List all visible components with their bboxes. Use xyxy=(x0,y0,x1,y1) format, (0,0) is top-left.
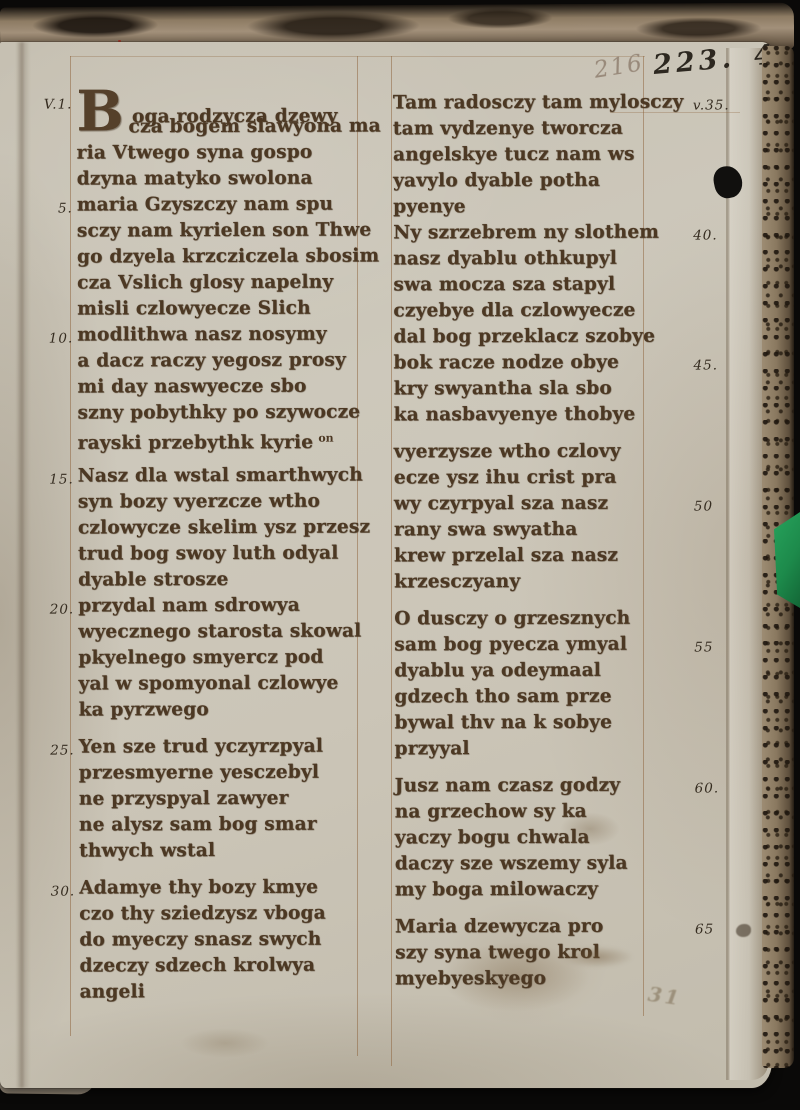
text-line: 20. przydal nam sdrowya xyxy=(78,592,366,619)
line-text: a dacz raczy yegosz prosy xyxy=(77,350,346,372)
line-text: bok racze nodze obye xyxy=(394,352,620,374)
text-line: 40. Ny szrzebrem ny slothem xyxy=(393,220,665,247)
line-text: tam vydzenye tworcza xyxy=(393,118,623,140)
ruling-line xyxy=(391,56,392,1066)
line-text: trud bog swoy luth odyal xyxy=(78,543,338,565)
line-text: ecze ysz ihu crist pra xyxy=(394,467,617,489)
line-text: angeli xyxy=(80,981,145,1002)
text-line: gdzech tho sam prze xyxy=(394,684,666,711)
line-text: my boga milowaczy xyxy=(395,879,598,901)
text-line: do myeczy snasz swych xyxy=(79,926,367,953)
text-line: 30. Adamye thy bozy kmye xyxy=(79,874,367,901)
line-text: czlowycze skelim ysz przesz xyxy=(78,516,370,538)
line-text: myebyeskyego xyxy=(395,968,546,989)
line-text: misli czlowyecze Slich xyxy=(77,298,311,320)
verse-number: V.1. xyxy=(30,92,72,118)
text-line: yal w spomyonal czlowye xyxy=(78,670,366,697)
text-line: syn bozy vyerzcze wtho xyxy=(78,488,366,515)
line-text: dzeczy sdzech krolwya xyxy=(79,955,315,977)
text-line: dzeczy sdzech krolwya xyxy=(79,952,367,979)
line-text: yaczy bogu chwala xyxy=(395,827,590,849)
line-text: pyenye xyxy=(393,196,466,217)
line-text: ka pyrzwego xyxy=(79,699,209,720)
line-text: czyebye dla czlowyecze xyxy=(393,300,635,322)
text-line: ecze ysz ihu crist pra xyxy=(394,465,666,492)
line-text: rayski przebythk kyrie xyxy=(78,432,314,454)
text-line: tam vydzenye tworcza xyxy=(393,116,665,143)
line-text: na grzechow sy ka xyxy=(395,801,587,823)
text-line: vyerzysze wtho czlovy xyxy=(394,439,666,466)
text-line: szny pobythky po szywocze xyxy=(77,399,365,426)
verse-number: 20. xyxy=(32,597,74,623)
line-text: syn bozy vyerzcze wtho xyxy=(78,491,320,513)
verse-number: v.35. xyxy=(693,92,773,118)
line-text: cza bogem slawyona ma xyxy=(128,115,380,137)
line-text: go dzyela krzcziczela sbosim xyxy=(77,245,379,267)
text-line: misli czlowyecze Slich xyxy=(77,295,365,322)
faded-scribble: 31 xyxy=(646,982,683,1010)
stain xyxy=(180,1028,270,1058)
text-line: yavylo dyable potha xyxy=(393,168,665,195)
verse-number: 25. xyxy=(33,738,75,764)
ruling-line xyxy=(70,56,645,57)
line-text: sczy nam kyrielen son Thwe xyxy=(77,219,371,241)
text-line: v.35. Tam radosczy tam mylosczy xyxy=(393,90,665,117)
gutter-crease xyxy=(16,42,30,1088)
text-line: a dacz raczy yegosz prosy xyxy=(77,347,365,374)
text-line: dyablu ya odeymaal xyxy=(394,658,666,685)
line-text: Ny szrzebrem ny slothem xyxy=(393,222,659,244)
line-text: dyablu ya odeymaal xyxy=(394,660,601,682)
text-line: 60. Jusz nam czasz godzy xyxy=(395,773,667,800)
verse-number: 30. xyxy=(33,879,75,905)
text-line: na grzechow sy ka xyxy=(395,799,667,826)
verse-number: 5. xyxy=(31,196,73,222)
line-text: O dusczy o grzesznych xyxy=(394,608,630,630)
line-text: dyable strosze xyxy=(78,569,228,591)
text-line: cza Vslich glosy napelny xyxy=(77,269,365,296)
text-line: bywal thv na k sobye xyxy=(394,710,666,737)
text-line: daczy sze wszemy syla xyxy=(395,851,667,878)
line-text: kry swyantha sla sbo xyxy=(394,378,612,400)
text-line: ka pyrzwego xyxy=(79,696,367,723)
line-text: ka nasbavyenye thobye xyxy=(394,404,636,426)
line-text: bywal thv na k sobye xyxy=(394,712,612,734)
faded-mark xyxy=(736,924,751,937)
text-line: czlowycze skelim ysz przesz xyxy=(78,514,366,541)
line-text: yal w spomyonal czlowye xyxy=(78,673,338,695)
line-text: przydal nam sdrowya xyxy=(78,595,300,617)
text-line: krew przelal sza nasz xyxy=(394,543,666,570)
line-text: dzyna matyko swolona xyxy=(77,168,313,190)
line-text: wy czyrpyal sza nasz xyxy=(394,493,608,515)
text-line: czyebye dla czlowyecze xyxy=(393,298,665,325)
text-line: dal bog przeklacz szobye xyxy=(393,324,665,351)
verse-number: 10. xyxy=(31,326,73,352)
line-text: maria Gzyszczy nam spu xyxy=(77,194,333,216)
text-line: 65 Maria dzewycza pro xyxy=(395,914,667,941)
text-line: 45. bok racze nodze obye xyxy=(394,350,666,377)
text-line: 5. maria Gzyszczy nam spu xyxy=(77,191,365,218)
line-text: swa mocza sza stapyl xyxy=(393,274,615,296)
text-line: angelskye tucz nam ws xyxy=(393,142,665,169)
text-line: O dusczy o grzesznych xyxy=(394,606,666,633)
line-text: angelskye tucz nam ws xyxy=(393,144,635,166)
text-line: ria Vtwego syna gospo xyxy=(77,139,365,166)
text-line: wyecznego starosta skowal xyxy=(78,618,366,645)
text-line: thwych wstal xyxy=(79,837,367,864)
text-line: przesmyerne yesczebyl xyxy=(79,759,367,786)
line-text: szny pobythky po szywocze xyxy=(77,402,360,424)
line-text: czo thy sziedzysz vboga xyxy=(79,903,326,925)
verse-number: 15. xyxy=(32,467,74,493)
line-text: wyecznego starosta skowal xyxy=(78,621,361,643)
line-text: krzesczyany xyxy=(394,571,520,592)
line-text: gdzech tho sam prze xyxy=(394,686,611,708)
line-text: thwych wstal xyxy=(79,840,215,861)
text-line: 25. Yen sze trud yczyrzpyal xyxy=(79,733,367,760)
line-text: ne alysz sam bog smar xyxy=(79,814,317,836)
text-line: ne przyspyal zawyer xyxy=(79,785,367,812)
text-column-right: v.35. Tam radosczy tam mylosczy tam vydz… xyxy=(393,90,667,993)
line-text: nasz dyablu othkupyl xyxy=(393,248,617,270)
text-line: pkyelnego smyercz pod xyxy=(78,644,366,671)
text-line: kry swyantha sla sbo xyxy=(394,376,666,403)
line-text: vyerzysze wtho czlovy xyxy=(394,441,621,463)
line-text: Nasz dla wstal smarthwych xyxy=(78,465,363,487)
text-line: myebyeskyego xyxy=(395,966,667,993)
text-line: V.1. B oga rodzycza dzewy xyxy=(76,88,364,115)
text-line: angeli xyxy=(80,978,368,1005)
line-text: pkyelnego smyercz pod xyxy=(78,647,323,669)
text-line: sczy nam kyrielen son Thwe xyxy=(77,217,365,244)
line-text: Jusz nam czasz godzy xyxy=(395,775,621,797)
line-text: yavylo dyable potha xyxy=(393,170,600,192)
line-text: Adamye thy bozy kmye xyxy=(79,877,318,899)
text-line: dzyna matyko swolona xyxy=(77,165,365,192)
line-text: przesmyerne yesczebyl xyxy=(79,762,319,784)
line-text: daczy sze wszemy syla xyxy=(395,853,628,875)
text-line: mi day naswyecze sbo xyxy=(77,373,365,400)
line-text: modlithwa nasz nosymy xyxy=(77,324,327,346)
text-line: przyyal xyxy=(395,736,667,763)
line-text: sam bog pyecza ymyal xyxy=(394,634,627,656)
text-line: go dzyela krzcziczela sbosim xyxy=(77,243,365,270)
text-line: 55 sam bog pyecza ymyal xyxy=(394,632,666,659)
line-text: rany swa swyatha xyxy=(394,519,577,540)
line-text: ne przyspyal zawyer xyxy=(79,788,289,810)
text-line: trud bog swoy luth odyal xyxy=(78,540,366,567)
text-line: 15. Nasz dla wstal smarthwych xyxy=(78,462,366,489)
superscript-text: on xyxy=(318,432,333,445)
text-line: krzesczyany xyxy=(394,569,666,596)
text-line: nasz dyablu othkupyl xyxy=(393,246,665,273)
text-line: czo thy sziedzysz vboga xyxy=(79,900,367,927)
line-text: dal bog przeklacz szobye xyxy=(393,326,655,348)
text-column-left: V.1. B oga rodzycza dzewy cza bogem slaw… xyxy=(76,88,367,1006)
line-text: cza Vslich glosy napelny xyxy=(77,272,333,294)
line-text: Tam radosczy tam mylosczy xyxy=(393,92,684,114)
line-text: mi day naswyecze sbo xyxy=(77,376,306,398)
text-line: 10. modlithwa nasz nosymy xyxy=(77,321,365,348)
text-line: rayski przebythk kyrie on xyxy=(78,425,366,452)
text-line: swa mocza sza stapyl xyxy=(393,272,665,299)
text-line: ne alysz sam bog smar xyxy=(79,811,367,838)
text-line: pyenye xyxy=(393,194,665,221)
text-line: rany swa swyatha xyxy=(394,517,666,544)
line-text: przyyal xyxy=(395,738,470,759)
text-line: cza bogem slawyona ma xyxy=(76,113,364,140)
line-text: Yen sze trud yczyrzpyal xyxy=(79,736,323,758)
line-text: ria Vtwego syna gospo xyxy=(77,142,313,164)
text-line: ka nasbavyenye thobye xyxy=(394,402,666,429)
text-line: 50 wy czyrpyal sza nasz xyxy=(394,491,666,518)
text-line: dyable strosze xyxy=(78,566,366,593)
manuscript-photo: 216 223. 4. V.1. B oga rodzycza dzewy cz… xyxy=(0,0,800,1110)
line-text: do myeczy snasz swych xyxy=(79,929,321,951)
line-text: Maria dzewycza pro xyxy=(395,916,603,938)
text-line: my boga milowaczy xyxy=(395,877,667,904)
text-line: yaczy bogu chwala xyxy=(395,825,667,852)
line-text: krew przelal sza nasz xyxy=(394,545,618,567)
erased-word-smudge xyxy=(560,946,634,968)
